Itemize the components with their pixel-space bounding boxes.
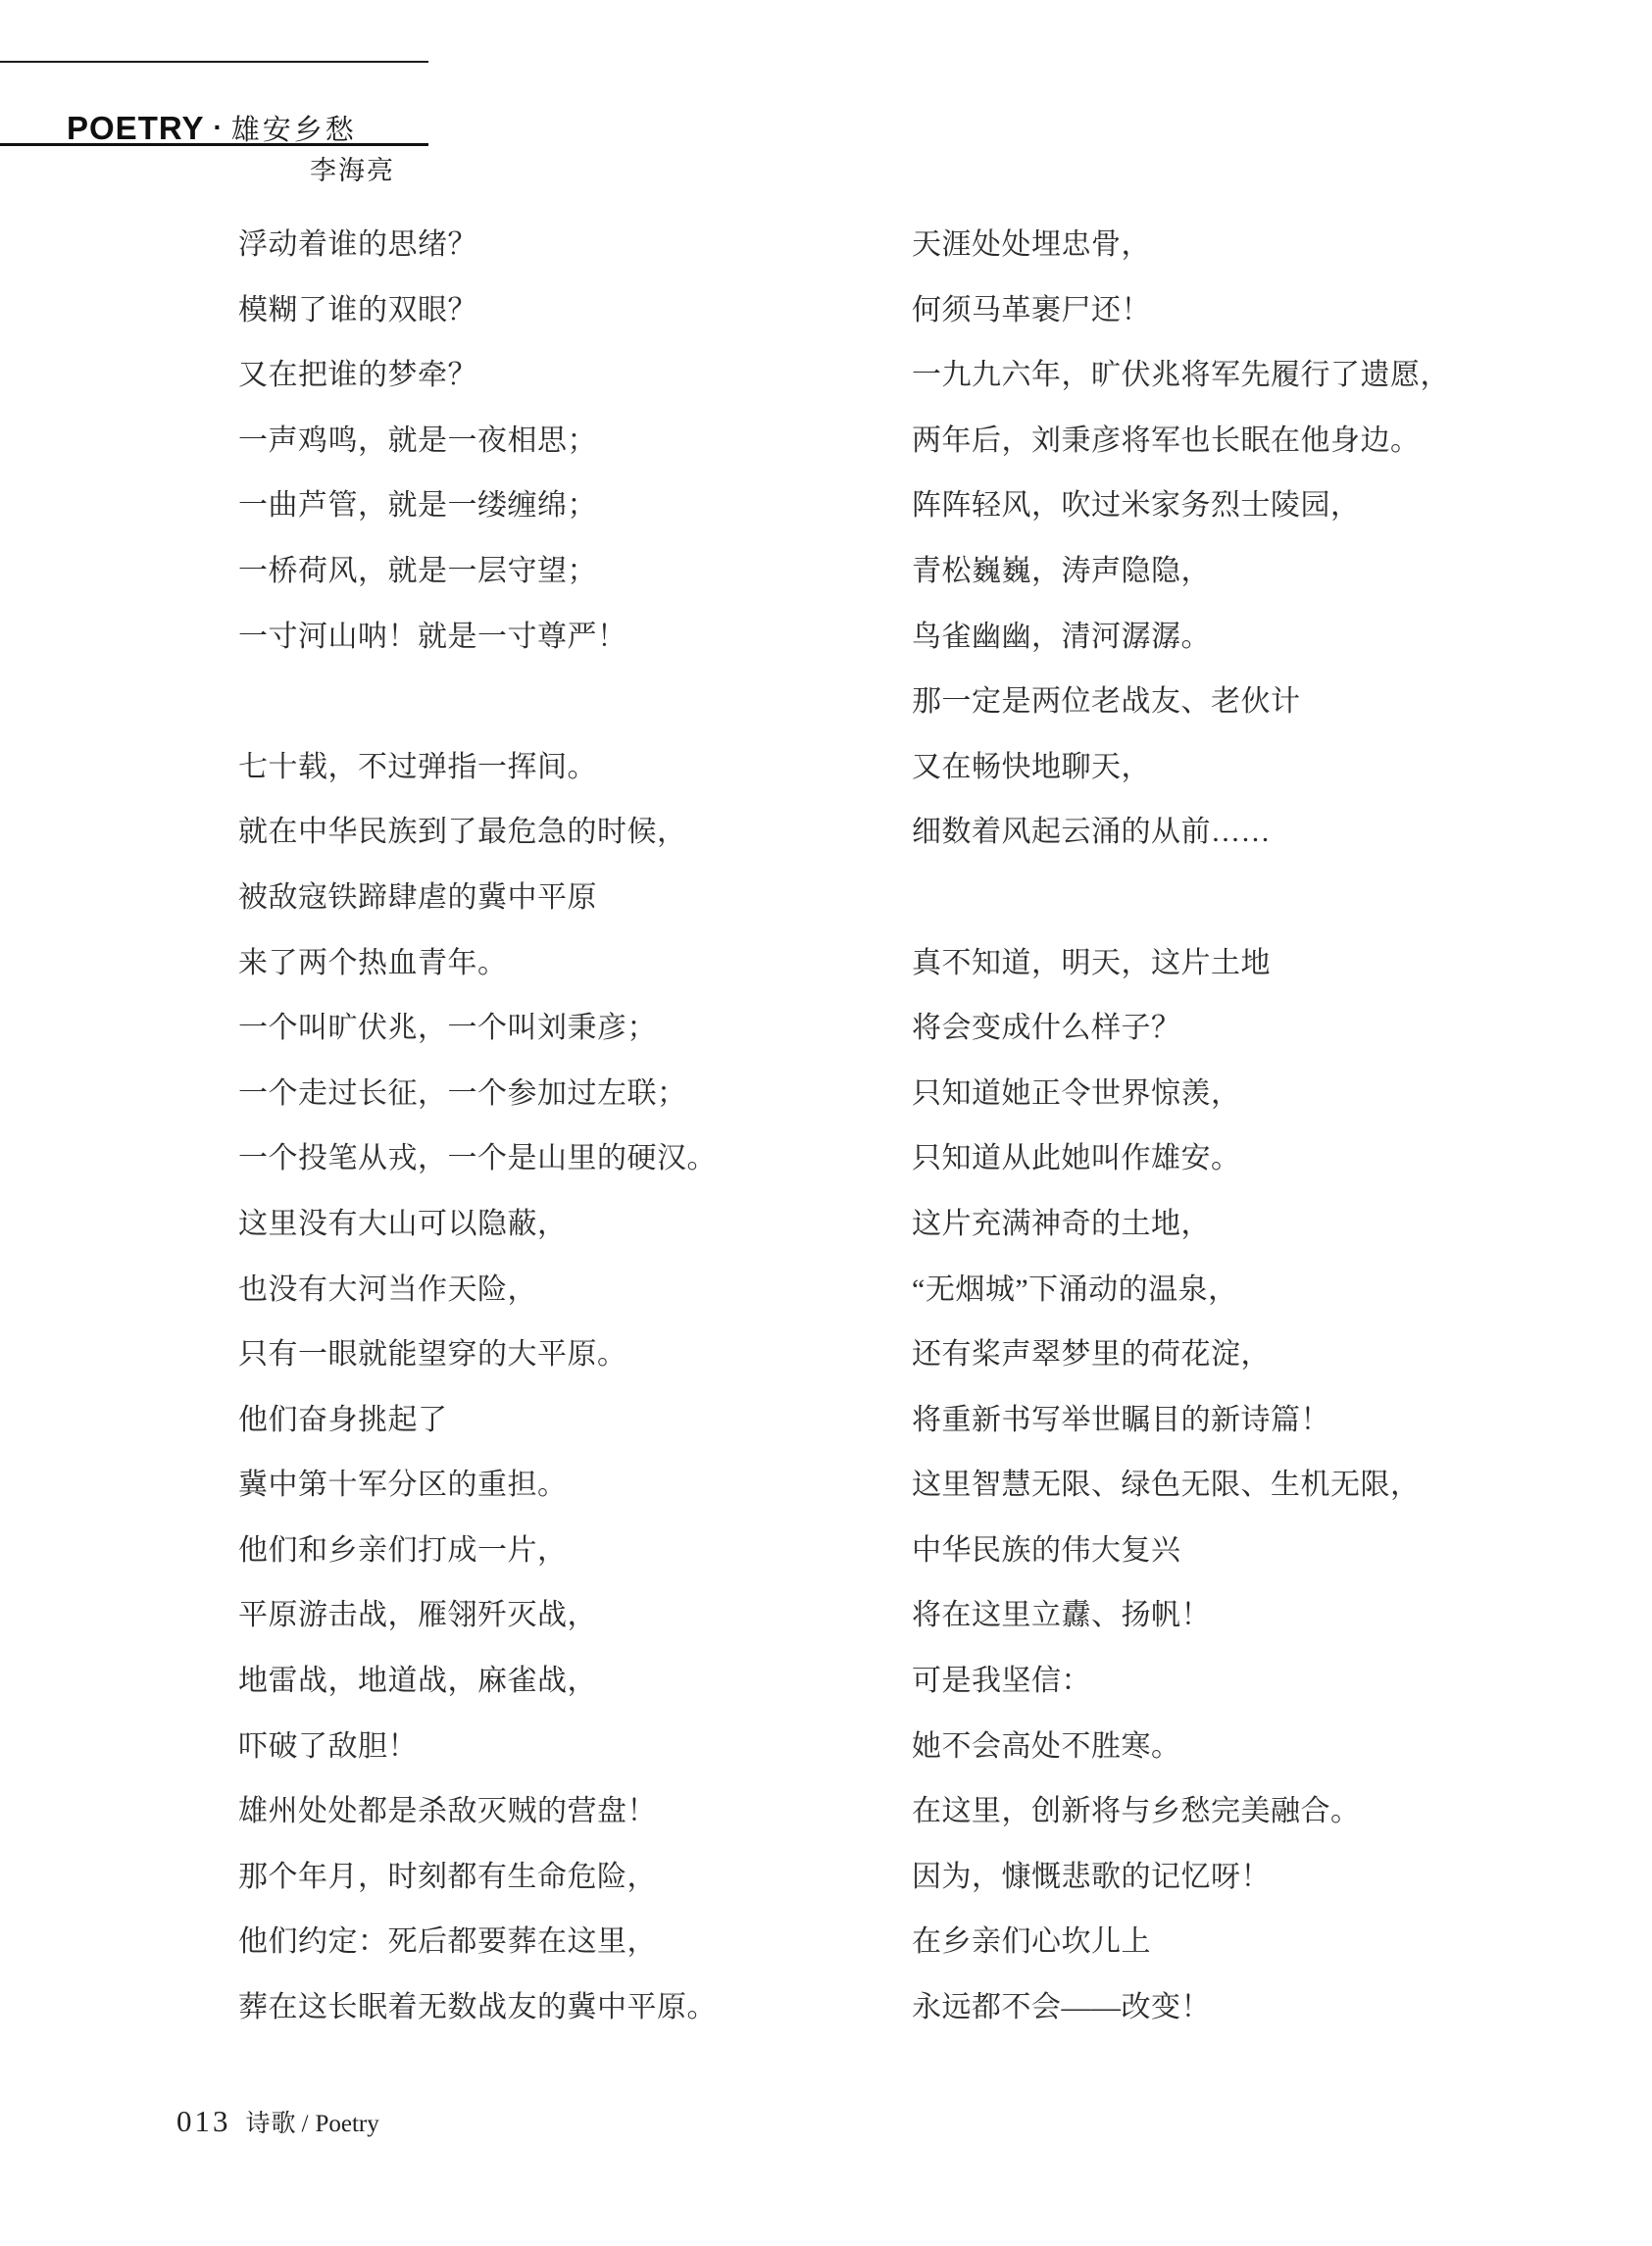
footer-section-cn: 诗歌 xyxy=(246,2111,297,2137)
magazine-page: POETRY·雄安乡愁 李海亮 浮动着谁的思绪？模糊了谁的双眼？又在把谁的梦牵？… xyxy=(0,0,1652,2246)
poem-line: 雄州处处都是杀敌灭贼的营盘！ xyxy=(238,1779,717,1845)
poem-line: “无烟城”下涌动的温泉， xyxy=(912,1258,1450,1323)
poem-line: 因为，慷慨悲歌的记忆呀！ xyxy=(912,1845,1450,1911)
poem-line: 一个投笔从戎，一个是山里的硬汉。 xyxy=(238,1126,717,1192)
poem-line: 只知道从此她叫作雄安。 xyxy=(912,1126,1450,1192)
poem-line: 中华民族的伟大复兴 xyxy=(912,1519,1450,1584)
poem-line: 一个走过长征，一个参加过左联； xyxy=(238,1062,717,1127)
poem-line: 平原游击战，雁翎歼灭战， xyxy=(238,1583,717,1649)
poem-line: 就在中华民族到了最危急的时候， xyxy=(238,800,717,866)
poem-line: 鸟雀幽幽，清河潺潺。 xyxy=(912,605,1450,671)
poem-line: 他们奋身挑起了 xyxy=(238,1388,717,1454)
poem-line: 在这里，创新将与乡愁完美融合。 xyxy=(912,1779,1450,1845)
poem-line: 可是我坚信： xyxy=(912,1649,1450,1715)
page-footer: 013诗歌/Poetry xyxy=(176,2104,379,2139)
poem-line: 七十载，不过弹指一挥间。 xyxy=(238,735,717,801)
poem-line: 永远都不会——改变！ xyxy=(912,1975,1450,2041)
poem-line: 这片充满神奇的土地， xyxy=(912,1192,1450,1258)
poem-line: 细数着风起云涌的从前…… xyxy=(912,800,1450,866)
poem-line: 青松巍巍，涛声隐隐， xyxy=(912,539,1450,605)
poem-line: 将在这里立纛、扬帆！ xyxy=(912,1583,1450,1649)
poem-line: 又在畅快地聊天， xyxy=(912,735,1450,801)
poem-line: 地雷战，地道战，麻雀战， xyxy=(238,1649,717,1715)
poem-line: 那个年月，时刻都有生命危险， xyxy=(238,1845,717,1911)
poem-line: 两年后，刘秉彦将军也长眠在他身边。 xyxy=(912,409,1450,474)
poem-line: 一个叫旷伏兆，一个叫刘秉彦； xyxy=(238,996,717,1062)
section-title-separator: · xyxy=(213,112,222,142)
header-top-rule xyxy=(0,61,428,63)
poem-line: 葬在这长眠着无数战友的冀中平原。 xyxy=(238,1975,717,2041)
poem-line: 他们约定：死后都要葬在这里， xyxy=(238,1910,717,1975)
poem-line: 吓破了敌胆！ xyxy=(238,1715,717,1780)
poem-line: 还有桨声翠梦里的荷花淀， xyxy=(912,1323,1450,1388)
poem-line: 模糊了谁的双眼？ xyxy=(238,278,717,344)
poem-line-blank xyxy=(912,866,1450,931)
section-title-cn: 雄安乡愁 xyxy=(231,115,357,146)
poem-line: 一声鸡鸣，就是一夜相思； xyxy=(238,409,717,474)
poem-line: 一桥荷风，就是一层守望； xyxy=(238,539,717,605)
poem-line: 这里智慧无限、绿色无限、生机无限， xyxy=(912,1453,1450,1519)
section-title: POETRY·雄安乡愁 xyxy=(67,108,357,148)
poem-line: 天涯处处埋忠骨， xyxy=(912,213,1450,278)
poem-line: 将重新书写举世瞩目的新诗篇！ xyxy=(912,1388,1450,1454)
poem-line: 一九九六年，旷伏兆将军先履行了遗愿， xyxy=(912,343,1450,409)
header-rule xyxy=(0,143,428,146)
poem-line: 又在把谁的梦牵？ xyxy=(238,343,717,409)
poem-line: 一曲芦管，就是一缕缠绵； xyxy=(238,474,717,539)
footer-section-en: Poetry xyxy=(315,2111,378,2137)
poem-line: 将会变成什么样子？ xyxy=(912,996,1450,1062)
author-name: 李海亮 xyxy=(310,149,395,187)
poem-column-left: 浮动着谁的思绪？模糊了谁的双眼？又在把谁的梦牵？一声鸡鸣，就是一夜相思；一曲芦管… xyxy=(238,213,717,2041)
poem-line: 何须马革裹尸还！ xyxy=(912,278,1450,344)
poem-column-right: 天涯处处埋忠骨，何须马革裹尸还！一九九六年，旷伏兆将军先履行了遗愿，两年后，刘秉… xyxy=(912,213,1450,2041)
poem-line: 一寸河山呐！就是一寸尊严！ xyxy=(238,605,717,671)
poem-line: 他们和乡亲们打成一片， xyxy=(238,1519,717,1584)
page-number: 013 xyxy=(176,2104,231,2138)
poem-line-blank xyxy=(238,670,717,735)
poem-line: 她不会高处不胜寒。 xyxy=(912,1715,1450,1780)
poem-line: 那一定是两位老战友、老伙计 xyxy=(912,670,1450,735)
poem-line: 来了两个热血青年。 xyxy=(238,931,717,997)
poem-line: 真不知道，明天，这片土地 xyxy=(912,931,1450,997)
poem-line: 只有一眼就能望穿的大平原。 xyxy=(238,1323,717,1388)
footer-slash: / xyxy=(302,2111,309,2137)
section-title-en: POETRY xyxy=(67,110,204,146)
poem-line: 也没有大河当作天险， xyxy=(238,1258,717,1323)
poem-line: 这里没有大山可以隐蔽， xyxy=(238,1192,717,1258)
poem-line: 只知道她正令世界惊羡， xyxy=(912,1062,1450,1127)
poem-line: 阵阵轻风，吹过米家务烈士陵园， xyxy=(912,474,1450,539)
poem-line: 在乡亲们心坎儿上 xyxy=(912,1910,1450,1975)
poem-line: 浮动着谁的思绪？ xyxy=(238,213,717,278)
poem-line: 冀中第十军分区的重担。 xyxy=(238,1453,717,1519)
poem-line: 被敌寇铁蹄肆虐的冀中平原 xyxy=(238,866,717,931)
